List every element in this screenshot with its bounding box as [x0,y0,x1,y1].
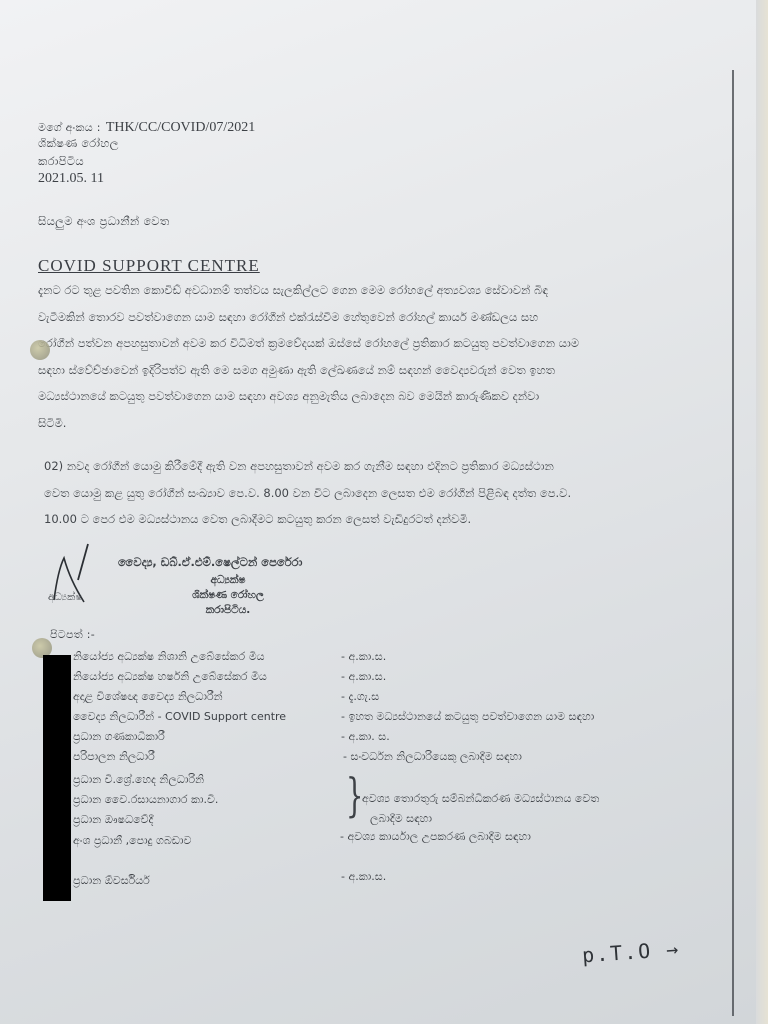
addressee: සියලුම අංශ ප්‍රධානීන් වෙත [38,214,169,229]
copy-recipient: අදාළ විශේෂඥ වෛද්‍ය නිලධාරීන් [73,690,223,704]
reference-block: මගේ අංකය : THK/CC/COVID/07/2021 ශික්ෂණ ර… [38,116,255,187]
grouped-note-line: අවශ්‍ය තොරතුරු සම්බන්ධීකරණ මධ්‍යස්ථානය ව… [362,792,599,806]
copies-label: පිටපත් :- [50,628,95,642]
stamp-role: අධ්‍යක්ෂ [158,574,298,587]
fold-line [732,70,734,1016]
copy-recipient: ප්‍රධාන ගණකාධිකාරී [73,730,165,744]
redaction-bar [43,655,71,901]
copy-note: - අ.කා. ස. [341,730,390,744]
document-heading: COVID SUPPORT CENTRE [38,256,260,276]
signature-title: අධ්‍යක්ෂ [48,592,83,603]
copy-recipient: ප්‍රධාන ඕවර්සියර් [73,874,150,888]
copy-note: - සංවර්ධන නිලධාරියෙකු ලබාදීම සඳහා [343,750,522,764]
paragraph-1: දැනට රට තුළ පවතින කොවිඩ් අවධානම් තත්වය ස… [38,277,579,436]
institution: ශික්ෂණ රෝහල [38,136,255,154]
punch-hole [30,340,50,360]
paragraph-line: දැනට රට තුළ පවතින කොවිඩ් අවධානම් තත්වය ස… [38,277,579,304]
paragraph-line: 02) නවද රෝගීන් යොමු කිරීමේදී ඇති වන අපහස… [44,453,571,480]
grouped-note-line: ලබාදීම සඳහා [370,812,432,826]
paragraph-line: සිටිමි. [38,410,579,437]
paragraph-line: 10.00 ට පෙර එම මධ්‍යස්ථානය වෙත ලබාදීමට ක… [44,506,571,533]
copy-recipient: නියෝජ්‍ය අධ්‍යක්ෂ හර්ෂනි උබේසේකර මිය [73,670,267,684]
copy-note: - අ.කා.ස. [341,650,386,664]
copy-recipient: ප්‍රධාන ඖෂධවේදී [73,813,153,827]
paragraph-line: වැටීමකින් තොරව පවත්වාගෙන යාම සඳහා රෝගීන්… [38,304,579,331]
date: 2021.05. 11 [38,171,255,187]
copy-recipient: අංශ ප්‍රධානී ,පොදු ගබඩාව [73,834,191,848]
copy-recipient: ප්‍රධාන වි.ශ්‍රේ.හෙද නිලධාරිනි [73,773,204,787]
copy-note: - අ.කා.ස. [341,670,386,684]
copy-recipient: නියෝජ්‍ය අධ්‍යක්ෂ නිශානි උබේසේකර මිය [73,650,265,664]
copy-note: - ඉහත මධ්‍යස්ථානයේ කටයුතු පවත්වාගෙන යාම … [341,710,594,724]
stamp-location: කරාපිටිය. [158,604,298,617]
paragraph-line: සඳහා ස්වේච්ඡාවෙන් ඉදිරිපත්ව ඇති මෙ සමග අ… [38,357,579,384]
copy-recipient: පරිපාලන නිලධාරී [73,750,155,764]
copy-note: - අ.කා.ස. [341,870,386,884]
copy-note: - අවශ්‍ය කාර්යාල උපකරණ ලබාදීම සඳහා [340,830,531,844]
paragraph-2: 02) නවද රෝගීන් යොමු කිරීමේදී ඇති වන අපහස… [44,453,571,533]
grouping-brace: } [346,772,364,818]
copy-recipient: වෛද්‍ය නිලධාරීන් - COVID Support centre [73,710,286,724]
stamp-institution: ශික්ෂණ රෝහල [158,589,298,602]
copy-note: - දැ.ගැ.ස [341,690,379,704]
page-edge [756,0,768,1024]
reference-label: මගේ අංකය : [38,121,101,134]
paragraph-line: වෙත යොමු කළ යුතු රෝගීන් සංඛ්‍යාව පෙ.ව. 8… [44,480,571,507]
paragraph-line: මධ්‍යස්ථානයේ කටයුතු පවත්වාගෙන යාම සඳහා අ… [38,383,579,410]
copy-recipient: ප්‍රධාන වෛ.රසායනාගාර කා.වි. [73,793,218,807]
paragraph-line: රෝගීන් පත්වන අපහසුතාවන් අවම කර විධිමත් ක… [38,330,579,357]
stamp-name: වෛද්‍ය, ඩබ්.ඒ.එම්.ෂෙල්ටන් පෙරේරා [118,555,302,570]
reference-number: THK/CC/COVID/07/2021 [106,120,255,135]
location: කරාපිටිය [38,154,255,171]
